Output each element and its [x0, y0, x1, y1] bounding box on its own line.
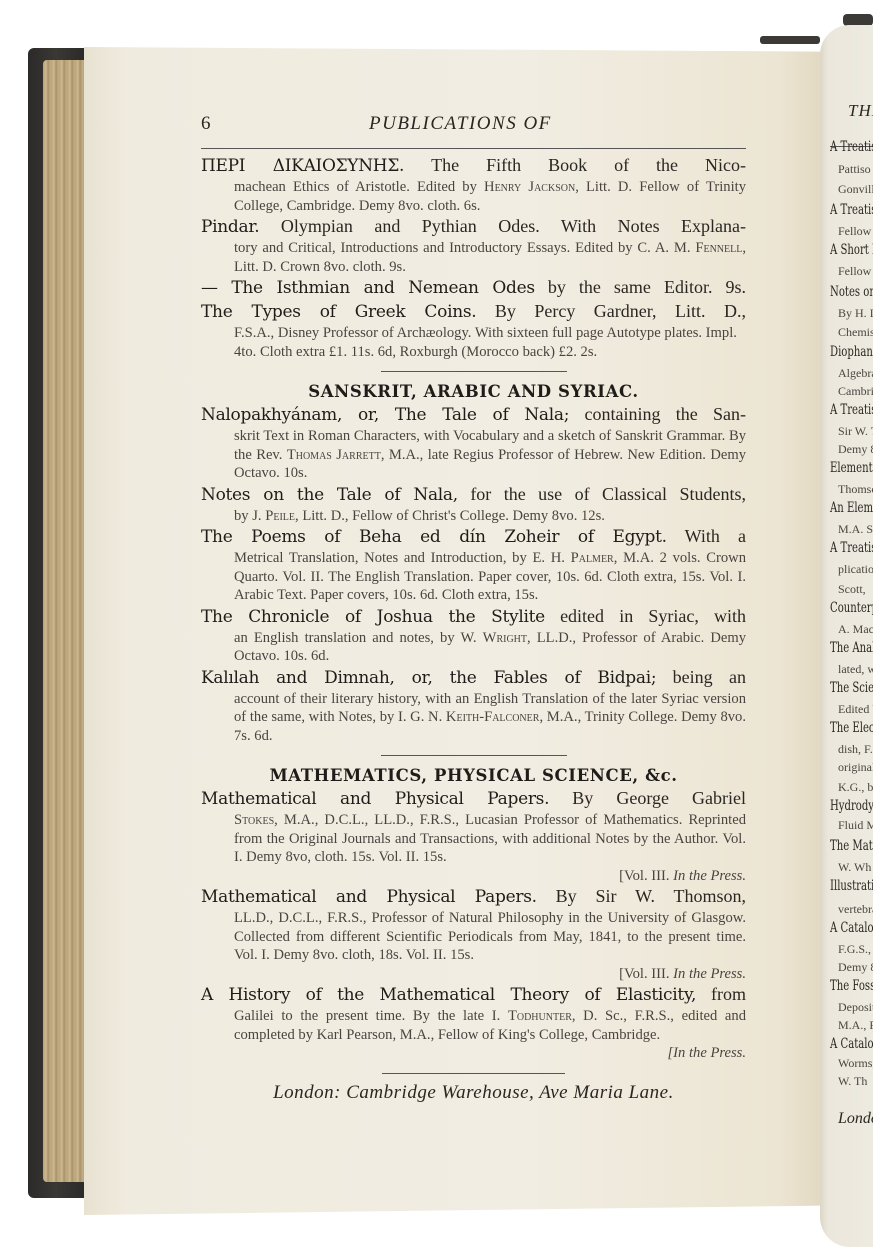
catalog-entry: Kalılah and Dimnah, or, the Fables of Bi…	[201, 666, 746, 746]
right-page-line: An Elemen	[830, 500, 873, 516]
catalog-entry: The Types of Greek Coins. By Percy Gardn…	[201, 300, 746, 361]
right-page-line: A Catalogu	[830, 1036, 873, 1052]
right-page-line: Scott,	[838, 582, 866, 597]
entry-author: Todhunter	[508, 1008, 572, 1024]
press-note-vol: [Vol. III.	[619, 966, 669, 982]
press-note-status: [In the Press.	[668, 1044, 747, 1063]
right-page-line: Hydrodyna	[830, 798, 873, 814]
right-page-line: plication	[838, 562, 873, 577]
right-page-line: dish, F.I	[838, 742, 873, 757]
right-page-line: lated, w	[838, 662, 873, 677]
right-page-line: vertebra	[838, 902, 873, 917]
entry-body: by J.	[234, 508, 262, 524]
section-rule	[381, 371, 567, 372]
page-number: 6	[201, 113, 211, 135]
entry-title-rest: being an	[673, 667, 746, 687]
entry-title: The Poems of Beha ed dín Zoheir of Egypt…	[201, 527, 667, 547]
right-page-line: W. Wh	[838, 860, 871, 875]
catalog-entry: Mathematical and Physical Papers. By Sir…	[201, 885, 746, 983]
catalog-entry: Nalopakhyánam, or, The Tale of Nala; con…	[201, 403, 746, 483]
entry-title: The Chronicle of Joshua the Stylite	[201, 607, 545, 627]
right-page: THE A TreatisePattisoGonvilleA TreatiseF…	[820, 25, 873, 1247]
catalog-entry: The Poems of Beha ed dín Zoheir of Egypt…	[201, 525, 746, 605]
press-note: [Vol. III. In the Press.	[234, 867, 746, 886]
press-note-status: In the Press.	[673, 868, 746, 884]
entry-title: The Types of Greek Coins.	[201, 302, 476, 322]
right-page-line: The Analyt	[830, 640, 873, 656]
entry-title: Mathematical and Physical Papers.	[201, 887, 537, 907]
right-page-line: M.A. S	[838, 522, 873, 537]
catalog-entry: Pindar. Olympian and Pythian Odes. With …	[201, 215, 746, 276]
right-page-line: M.A., F	[838, 1018, 873, 1033]
section-heading: MATHEMATICS, PHYSICAL SCIENCE, &c.	[201, 766, 746, 785]
catalog-entry: The Chronicle of Joshua the Stylite edit…	[201, 605, 746, 666]
head-rule	[201, 148, 746, 149]
right-page-line: The Mathe	[830, 838, 873, 854]
entry-body: machean Ethics of Aristotle. Edited by	[234, 179, 477, 195]
right-page-line: Thomso	[838, 482, 873, 497]
entry-author: Wright	[483, 630, 527, 646]
entry-title-rest: With a	[685, 526, 746, 546]
cover-edge-wear	[760, 36, 820, 44]
right-page-line: The Fossil	[830, 978, 873, 994]
entry-title-rest: from	[711, 984, 746, 1004]
right-page-line: Worms,	[838, 1056, 873, 1071]
entry-title-rest: edited in Syriac, with	[560, 606, 746, 626]
section-rule	[381, 755, 567, 756]
right-page-line: Demy 8v	[838, 442, 873, 457]
entry-author: Thomas Jarrett	[287, 447, 381, 463]
entry-body-cont: , M.A., D.C.L., LL.D., F.R.S., Lucasian …	[234, 812, 746, 865]
right-page-line: F.G.S.,	[838, 942, 871, 957]
entry-title-rest: The Fifth Book of the Nico-	[431, 155, 746, 175]
entry-body: F.S.A., Disney Professor of Archæology. …	[234, 325, 737, 360]
right-page-line: A Treatise	[830, 402, 873, 418]
right-page-line: Cambrid	[838, 384, 873, 399]
right-page-line: A. Mac	[838, 622, 873, 637]
entry-title: Notes on the Tale of Nala,	[201, 485, 458, 505]
entry-title: Mathematical and Physical Papers.	[201, 789, 549, 809]
right-page-line: The Scient	[830, 680, 873, 696]
right-running-head: THE	[848, 101, 873, 121]
footer-imprint: London: Cambridge Warehouse, Ave Maria L…	[201, 1082, 746, 1104]
entry-title-rest: for the use of Classical Students,	[470, 484, 746, 504]
entry-body: Metrical Translation, Notes and Introduc…	[234, 550, 565, 566]
right-page-line: By H. I	[838, 306, 873, 321]
right-page-line: Notes on Q	[830, 284, 873, 300]
right-page-line: Demy 8	[838, 960, 873, 975]
right-page-line: Algebra.	[838, 366, 873, 381]
right-page-line: Pattiso	[838, 162, 871, 177]
entry-title-rest: By Percy Gardner, Litt. D.,	[495, 301, 746, 321]
entry-body: LL.D., D.C.L., F.R.S., Professor of Natu…	[234, 910, 746, 963]
right-page-line: Elements	[830, 460, 873, 476]
right-page-line: Gonville	[838, 182, 873, 197]
catalog-entry: — The Isthmian and Nemean Odes by the sa…	[201, 276, 746, 300]
right-page-line: Edited b	[838, 702, 873, 717]
right-page-line: Illustration	[830, 878, 873, 894]
right-page-line: A Treatise	[830, 202, 873, 218]
right-page-line: original	[838, 760, 873, 775]
right-page-line: Fellow o	[838, 264, 873, 279]
right-page-line: Fellow o	[838, 224, 873, 239]
entry-author: Stokes	[234, 812, 274, 828]
right-page-line: A Treatise	[830, 540, 873, 556]
entry-author: Henry Jackson	[484, 179, 575, 195]
entry-body: Galilei to the present time. By the late…	[234, 1008, 500, 1024]
entry-author: Peile	[265, 508, 295, 524]
section-heading: SANSKRIT, ARABIC AND SYRIAC.	[201, 382, 746, 401]
entry-title-rest: by the same Editor. 9s.	[548, 277, 746, 297]
entry-body-cont: , Litt. D., Fellow of Christ's College. …	[295, 508, 605, 524]
entry-title: Pindar.	[201, 217, 259, 237]
right-page-line: Counterpoi	[830, 600, 873, 616]
entry-title-rest: Olympian and Pythian Odes. With Notes Ex…	[281, 216, 746, 236]
entry-body: tory and Critical, Introductions and Int…	[234, 240, 691, 256]
catalog-entry: ΠΕΡΙ ΔΙΚΑΙΟΣΥΝΗΣ. The Fifth Book of the …	[201, 154, 746, 215]
running-head-title: PUBLICATIONS OF	[369, 113, 552, 135]
entry-author: Fennell	[695, 240, 742, 256]
entry-title: A History of the Mathematical Theory of …	[201, 985, 696, 1005]
entry-title-rest: By George Gabriel	[572, 788, 746, 808]
entry-author: Palmer	[571, 550, 614, 566]
right-page-line: A Catalogu	[830, 920, 873, 936]
page-fore-edge	[43, 60, 85, 1182]
press-note: [In the Press.	[234, 1044, 746, 1063]
catalog-entry: Mathematical and Physical Papers. By Geo…	[201, 787, 746, 885]
entry-title-rest: containing the San-	[584, 404, 746, 424]
left-page-content: 6 PUBLICATIONS OF ΠΕΡΙ ΔΙΚΑΙΟΣΥΝΗΣ. The …	[201, 108, 746, 1104]
right-page-line: Diophantos	[830, 344, 873, 360]
right-page-line: W. Th	[838, 1074, 867, 1089]
running-head: 6 PUBLICATIONS OF	[201, 108, 746, 142]
right-footer-imprint: London	[838, 1110, 873, 1128]
right-page-line: Deposits	[838, 1000, 873, 1015]
press-note-status: In the Press.	[673, 966, 746, 982]
entry-title: Kalılah and Dimnah, or, the Fables of Bi…	[201, 668, 656, 688]
press-note: [Vol. III. In the Press.	[234, 965, 746, 984]
right-page-line: Sir W. T	[838, 424, 873, 439]
right-page-line: Chemistr	[838, 325, 873, 340]
entry-title: ΠΕΡΙ ΔΙΚΑΙΟΣΥΝΗΣ.	[201, 156, 404, 176]
entry-title-rest: By Sir W. Thomson,	[556, 886, 746, 906]
right-page-line: Fluid M	[838, 818, 873, 833]
entry-body: an English translation and notes, by W.	[234, 630, 477, 646]
footer-rule	[382, 1073, 565, 1074]
press-note-vol: [Vol. III.	[619, 868, 669, 884]
entry-author: Keith-Falconer	[446, 709, 540, 725]
entry-title: Nalopakhyánam, or, The Tale of Nala;	[201, 405, 569, 425]
right-page-line: K.G., by	[838, 780, 873, 795]
catalog-entry: Notes on the Tale of Nala, for the use o…	[201, 483, 746, 526]
right-page-line: A Short Hi	[830, 242, 873, 258]
entry-title: — The Isthmian and Nemean Odes	[201, 278, 535, 298]
right-page-line: The Electr	[830, 720, 873, 736]
right-page-line: A Treatise	[830, 139, 873, 155]
catalog-entry: A History of the Mathematical Theory of …	[201, 983, 746, 1063]
